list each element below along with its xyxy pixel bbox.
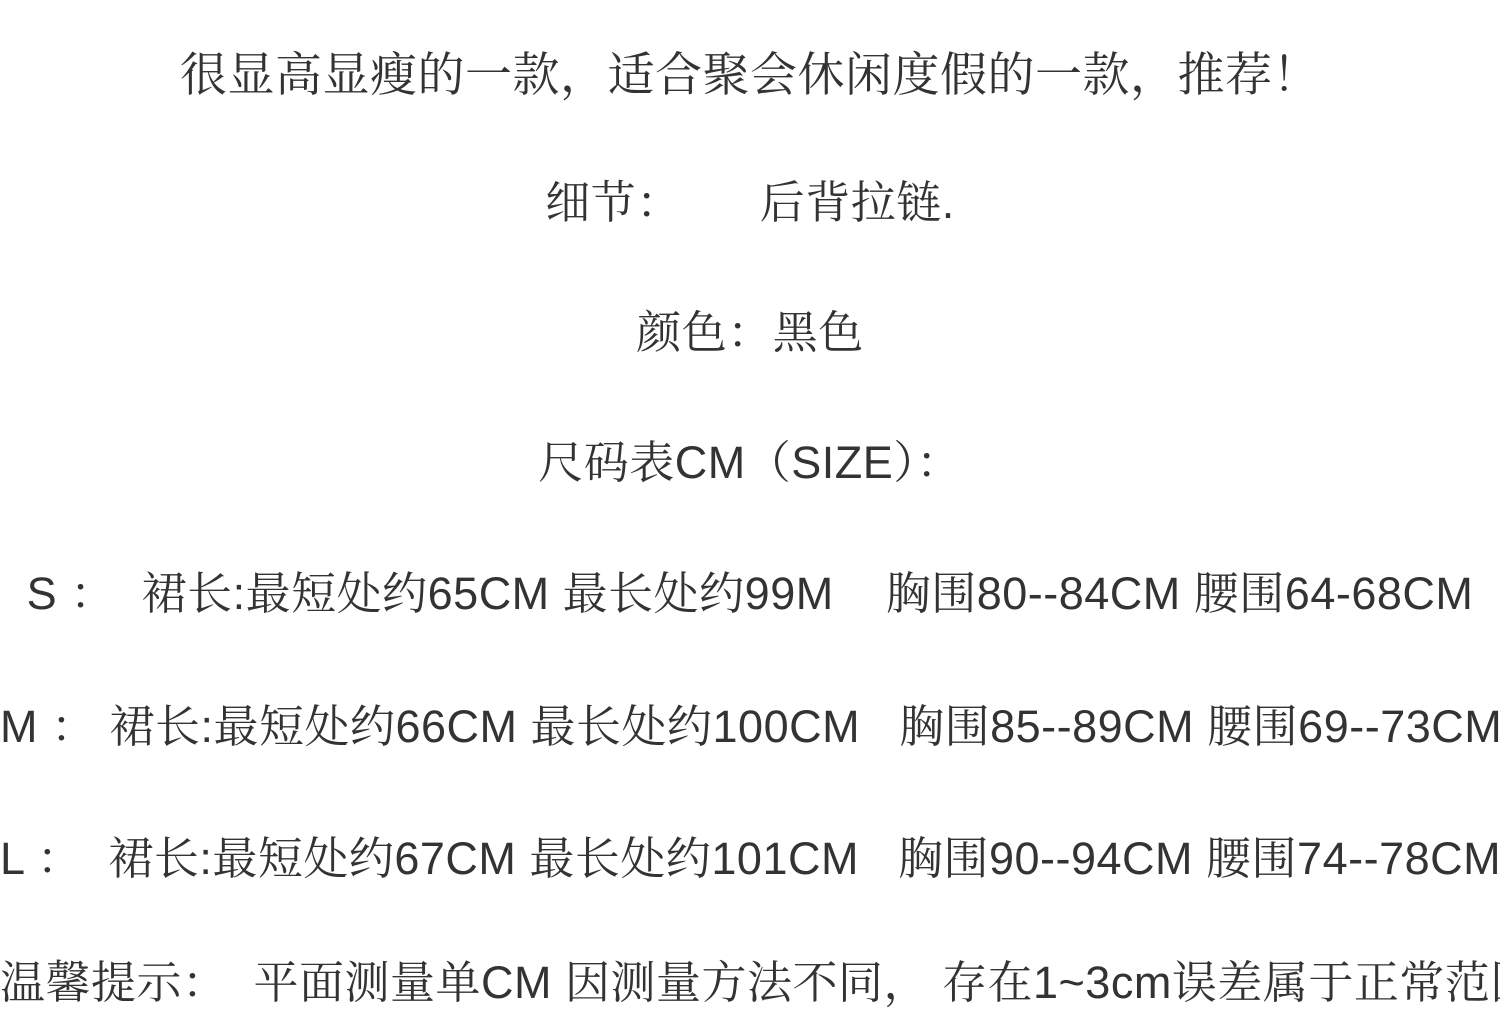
size-chart-title: 尺码表CM（SIZE）：: [0, 426, 1500, 491]
color-line: 颜色：黑色: [0, 296, 1500, 361]
product-headline: 很显高显瘦的一款，适合聚会休闲度假的一款，推荐！: [0, 38, 1500, 105]
notice-line: 温馨提示： 平面测量单CM 因测量方法不同， 存在1~3cm误差属于正常范围: [0, 946, 1500, 1011]
size-row-l: L ： 裙长:最短处约67CM 最长处约101CM 胸围90--94CM 腰围7…: [0, 822, 1500, 887]
size-row-s: S ： 裙长:最短处约65CM 最长处约99M 胸围80--84CM 腰围64-…: [0, 557, 1500, 622]
product-description-page: 很显高显瘦的一款，适合聚会休闲度假的一款，推荐！ 细节： 后背拉链. 颜色：黑色…: [0, 0, 1500, 1028]
detail-line: 细节： 后背拉链.: [0, 166, 1500, 231]
size-row-m: M ： 裙长:最短处约66CM 最长处约100CM 胸围85--89CM 腰围6…: [0, 690, 1500, 755]
